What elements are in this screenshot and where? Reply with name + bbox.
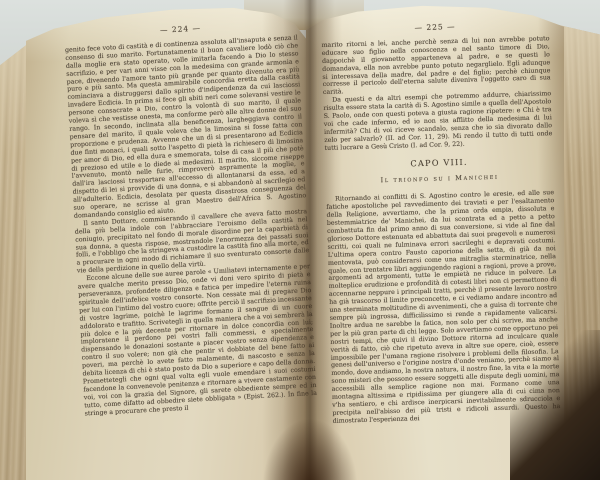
right-page-paragraph: Da questi e da altri esempi che potremmo… xyxy=(323,90,553,152)
left-page-paragraph: genito fece voto di castità e di contine… xyxy=(65,34,307,220)
left-page-text: — 224 — genito fece voto di castità e di… xyxy=(64,19,318,418)
right-page-paragraph: marito ritorni a lei, anche perchè senza… xyxy=(321,35,551,97)
bottom-right-cover-shadow xyxy=(510,330,600,480)
chapter-heading: CAPO VIII. xyxy=(325,156,553,171)
book-gutter-bottom-shadow xyxy=(262,418,358,480)
left-page-paragraph: Eccone alcune delle sue auree parole « U… xyxy=(77,263,317,418)
chapter-subtitle: Il trionfo su i Manichei xyxy=(325,172,553,187)
book-photo: — 224 — genito fece voto di castità e di… xyxy=(0,0,600,480)
book-gutter-shadow xyxy=(283,0,335,480)
